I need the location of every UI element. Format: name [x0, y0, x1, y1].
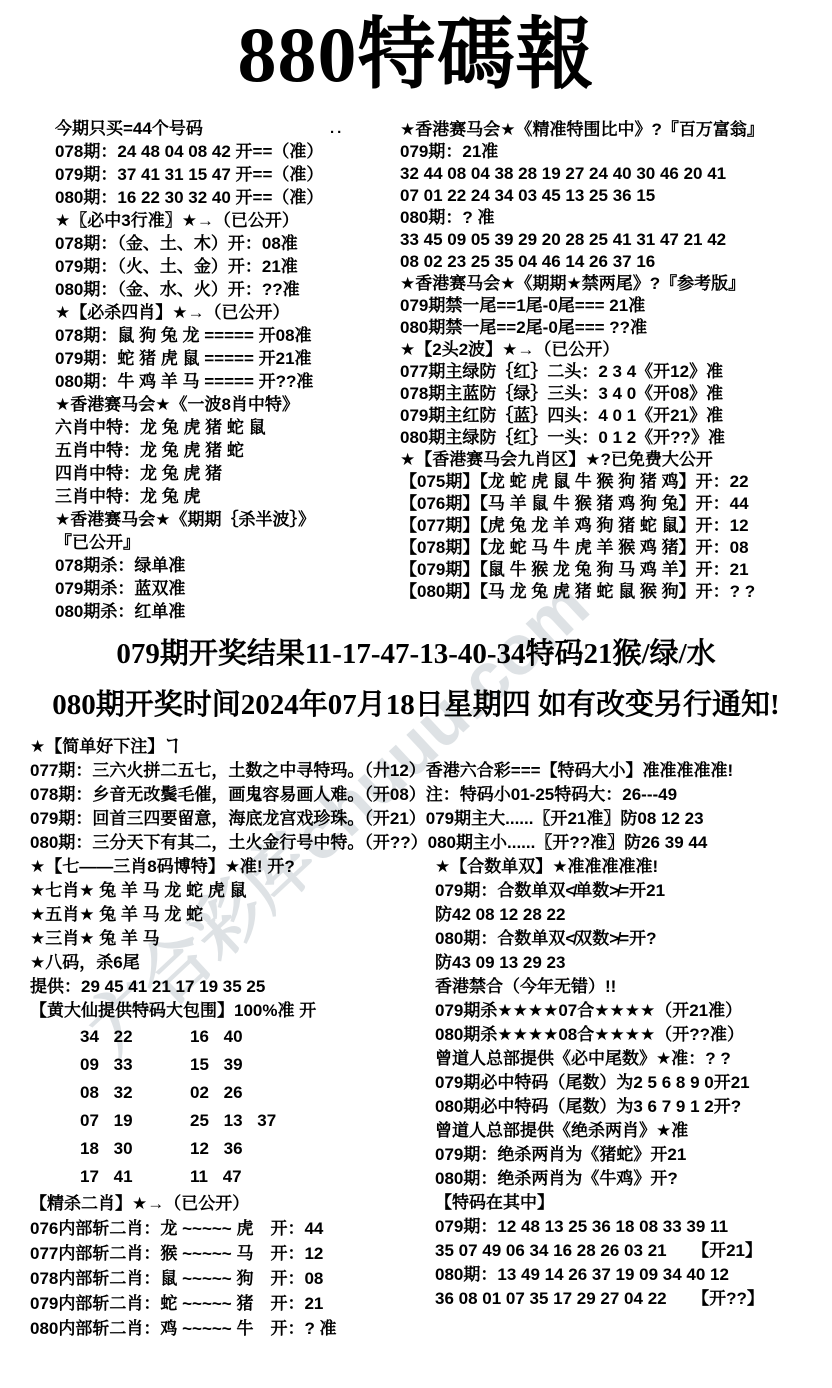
- bottom-right-column: ★【合数单双】★准准准准准!079期：合数单双≮单数≯=开21防42 08 12…: [435, 855, 832, 1341]
- text-line: 07 01 22 24 34 03 45 13 25 36 15: [400, 185, 818, 207]
- text-line: 080期杀：红单准: [55, 600, 400, 623]
- text-line: ★香港赛马会★《期期★禁两尾》?『参考版』: [400, 273, 818, 295]
- text-line: 078期：鼠 狗 兔 龙 ===== 开08准: [55, 324, 400, 347]
- text-line: 078期主蓝防｛绿｝三头：3 4 0《开08》准: [400, 383, 818, 405]
- text-line: 077期主绿防｛红｝二头：2 3 4《开12》准: [400, 361, 818, 383]
- text-line: ★八码，杀6尾: [30, 951, 435, 975]
- text-line: 【075期】【龙 蛇 虎 鼠 牛 猴 狗 猪 鸡】开：22: [400, 471, 818, 493]
- text-line: 079期杀★★★★07合★★★★（开21准）: [435, 999, 832, 1023]
- top-columns: 今期只买=44个号码078期：24 48 04 08 42 开==（准）079期…: [0, 117, 832, 623]
- text-line: 今期只买=44个号码: [55, 117, 400, 140]
- text-line: ★香港赛马会★《一波8肖中特》: [55, 393, 400, 416]
- text-line: 080期必中特码（尾数）为3 6 7 9 1 2开?: [435, 1095, 832, 1119]
- text-line: 36 08 01 07 35 17 29 27 04 22 【开??】: [435, 1287, 832, 1311]
- text-line: 079期：12 48 13 25 36 18 08 33 39 11: [435, 1215, 832, 1239]
- text-line: 079期：21准: [400, 141, 818, 163]
- table-row: 09 3315 39: [30, 1051, 435, 1079]
- table-row: 08 3202 26: [30, 1079, 435, 1107]
- table-cell: 07 19: [30, 1107, 190, 1135]
- text-line: 33 45 09 05 39 29 20 28 25 41 31 47 21 4…: [400, 229, 818, 251]
- top-right-column: ★香港赛马会★《精准特围比中》?『百万富翁』079期：21准32 44 08 0…: [400, 117, 818, 623]
- table-row: 18 3012 36: [30, 1135, 435, 1163]
- text-line: 【精杀二肖】★→（已公开）: [30, 1191, 435, 1216]
- text-line: 076内部斩二肖：龙 ~~~~~ 虎 开：44: [30, 1216, 435, 1241]
- text-line: ★【必杀四肖】★→（已公开）: [55, 301, 400, 324]
- text-line: 079期杀：蓝双准: [55, 577, 400, 600]
- text-line: 077内部斩二肖：猴 ~~~~~ 马 开：12: [30, 1241, 435, 1266]
- text-line: 【079期】【鼠 牛 猴 龙 兔 狗 马 鸡 羊】开：21: [400, 559, 818, 581]
- text-line: 079期：蛇 猪 虎 鼠 ===== 开21准: [55, 347, 400, 370]
- text-line: 079期主红防｛蓝｝四头：4 0 1《开21》准: [400, 405, 818, 427]
- text-line: 【078期】【龙 蛇 马 牛 虎 羊 猴 鸡 猪】开：08: [400, 537, 818, 559]
- page-title: 880特碼報: [0, 14, 832, 95]
- text-line: 080期禁一尾==2尾-0尾=== ??准: [400, 317, 818, 339]
- table-cell: 15 39: [190, 1051, 243, 1079]
- text-line: 【080期】【马 龙 兔 虎 猪 蛇 鼠 猴 狗】开：? ?: [400, 581, 818, 603]
- text-line: 【特码在其中】: [435, 1191, 832, 1215]
- text-line: ★三肖★ 兔 羊 马: [30, 927, 435, 951]
- cut-two-zodiac-section: 【精杀二肖】★→（已公开）076内部斩二肖：龙 ~~~~~ 虎 开：44077内…: [30, 1191, 435, 1341]
- banner-result-line: 079期开奖结果11-17-47-13-40-34特码21猴/绿/水: [0, 636, 832, 672]
- table-cell: 17 41: [30, 1163, 190, 1191]
- table-cell: 08 32: [30, 1079, 190, 1107]
- sheet-content: 880特碼報 .. 今期只买=44个号码078期：24 48 04 08 42 …: [0, 14, 832, 1341]
- text-line: 080内部斩二肖：鸡 ~~~~~ 牛 开：? 准: [30, 1316, 435, 1341]
- text-line: 078期：乡音无改鬓毛催，画鬼容易画人难。（开08）注：特码小01-25特码大：…: [30, 783, 832, 807]
- text-line: 079期：绝杀两肖为《猪蛇》开21: [435, 1143, 832, 1167]
- text-line: 080期：13 49 14 26 37 19 09 34 40 12: [435, 1263, 832, 1287]
- bottom-columns: ★【七――三肖8码博特】★准! 开?★七肖★ 兔 羊 马 龙 蛇 虎 鼠★五肖★…: [0, 855, 832, 1341]
- text-line: 【黄大仙提供特码大包围】100%准 开: [30, 999, 435, 1023]
- table-cell: 09 33: [30, 1051, 190, 1079]
- text-line: 079期：合数单双≮单数≯=开21: [435, 879, 832, 903]
- text-line: ★【合数单双】★准准准准准!: [435, 855, 832, 879]
- table-cell: 12 36: [190, 1135, 243, 1163]
- text-line: 曾道人总部提供《绝杀两肖》★准: [435, 1119, 832, 1143]
- text-line: ★香港赛马会★《精准特围比中》?『百万富翁』: [400, 119, 818, 141]
- text-line: 防43 09 13 29 23: [435, 951, 832, 975]
- top-left-column: 今期只买=44个号码078期：24 48 04 08 42 开==（准）079期…: [55, 117, 400, 623]
- text-line: 『已公开』: [55, 531, 400, 554]
- text-line: ★五肖★ 兔 羊 马 龙 蛇: [30, 903, 435, 927]
- text-line: ★〖必中3行准〗★→（已公开）: [55, 209, 400, 232]
- text-line: 080期主绿防｛红｝一头：0 1 2《开??》准: [400, 427, 818, 449]
- text-line: 079期必中特码（尾数）为2 5 6 8 9 0开21: [435, 1071, 832, 1095]
- table-cell: 18 30: [30, 1135, 190, 1163]
- text-line: 080期：（金、水、火）开：??准: [55, 278, 400, 301]
- text-line: 五肖中特：龙 兔 虎 猪 蛇: [55, 439, 400, 462]
- text-line: 080期杀★★★★08合★★★★（开??准）: [435, 1023, 832, 1047]
- text-line: 079期：37 41 31 15 47 开==（准）: [55, 163, 400, 186]
- text-line: 曾道人总部提供《必中尾数》★准：? ?: [435, 1047, 832, 1071]
- table-row: 17 4111 47: [30, 1163, 435, 1191]
- text-line: 三肖中特：龙 兔 虎: [55, 485, 400, 508]
- text-line: 080期：16 22 30 32 40 开==（准）: [55, 186, 400, 209]
- text-line: 防42 08 12 28 22: [435, 903, 832, 927]
- text-line: 08 02 23 25 35 04 46 14 26 37 16: [400, 251, 818, 273]
- table-cell: 16 40: [190, 1023, 243, 1051]
- text-line: 080期：三分天下有其二，土火金行号中特。（开??）080期主小......〖开…: [30, 831, 832, 855]
- text-line: 078期：24 48 04 08 42 开==（准）: [55, 140, 400, 163]
- text-line: 080期：绝杀两肖为《牛鸡》开?: [435, 1167, 832, 1191]
- title-dots: ..: [330, 120, 344, 137]
- table-row: 07 1925 13 37: [30, 1107, 435, 1135]
- banner-schedule-line: 080期开奖时间2024年07月18日星期四 如有改变另行通知!: [0, 687, 832, 723]
- text-line: 提供：29 45 41 21 17 19 35 25: [30, 975, 435, 999]
- table-cell: 34 22: [30, 1023, 190, 1051]
- text-line: 【076期】【马 羊 鼠 牛 猴 猪 鸡 狗 兔】开：44: [400, 493, 818, 515]
- text-line: 080期：? 准: [400, 207, 818, 229]
- text-line: 079内部斩二肖：蛇 ~~~~~ 猪 开：21: [30, 1291, 435, 1316]
- text-line: 080期：牛 鸡 羊 马 ===== 开??准: [55, 370, 400, 393]
- text-line: 078内部斩二肖：鼠 ~~~~~ 狗 开：08: [30, 1266, 435, 1291]
- text-line: 32 44 08 04 38 28 19 27 24 40 30 46 20 4…: [400, 163, 818, 185]
- text-line: 【077期】【虎 兔 龙 羊 鸡 狗 猪 蛇 鼠】开：12: [400, 515, 818, 537]
- text-line: ★【香港赛马会九肖区】★?已免费大公开: [400, 449, 818, 471]
- text-line: ★【2头2波】★→（已公开）: [400, 339, 818, 361]
- text-line: ★香港赛马会★《期期｛杀半波｝》: [55, 508, 400, 531]
- text-line: ★【七――三肖8码博特】★准! 开?: [30, 855, 435, 879]
- text-line: 077期：三六火拼二五七，土数之中寻特玛。（廾12）香港六合彩===【特码大小】…: [30, 759, 832, 783]
- text-line: 078期：（金、土、木）开：08准: [55, 232, 400, 255]
- text-line: 35 07 49 06 34 16 28 26 03 21 【开21】: [435, 1239, 832, 1263]
- text-line: 香港禁合（今年无错）!!: [435, 975, 832, 999]
- text-line: 079期：回首三四要留意，海底龙宫戏珍珠。（开21）079期主大......〖开…: [30, 807, 832, 831]
- text-line: 079期禁一尾==1尾-0尾=== 21准: [400, 295, 818, 317]
- zodiac-picks-section: ★【七――三肖8码博特】★准! 开?★七肖★ 兔 羊 马 龙 蛇 虎 鼠★五肖★…: [30, 855, 435, 1023]
- lottery-sheet-page: 六合彩库chuuu.com 880特碼報 .. 今期只买=44个号码078期：2…: [0, 0, 832, 1388]
- text-line: 六肖中特：龙 兔 虎 猪 蛇 鼠: [55, 416, 400, 439]
- text-line: 079期：（火、土、金）开：21准: [55, 255, 400, 278]
- text-line: 四肖中特：龙 兔 虎 猪: [55, 462, 400, 485]
- text-line: ★【简单好下注】ヿ: [30, 735, 832, 759]
- text-line: ★七肖★ 兔 羊 马 龙 蛇 虎 鼠: [30, 879, 435, 903]
- table-row: 34 2216 40: [30, 1023, 435, 1051]
- table-cell: 11 47: [190, 1163, 242, 1191]
- poem-section: ★【简单好下注】ヿ077期：三六火拼二五七，土数之中寻特玛。（廾12）香港六合彩…: [0, 735, 832, 855]
- bottom-left-column: ★【七――三肖8码博特】★准! 开?★七肖★ 兔 羊 马 龙 蛇 虎 鼠★五肖★…: [30, 855, 435, 1341]
- text-line: 078期杀：绿单准: [55, 554, 400, 577]
- table-cell: 02 26: [190, 1079, 243, 1107]
- table-cell: 25 13 37: [190, 1107, 276, 1135]
- text-line: 080期：合数单双≮双数≯=开?: [435, 927, 832, 951]
- package-number-table: 34 2216 4009 3315 3908 3202 2607 1925 13…: [30, 1023, 435, 1191]
